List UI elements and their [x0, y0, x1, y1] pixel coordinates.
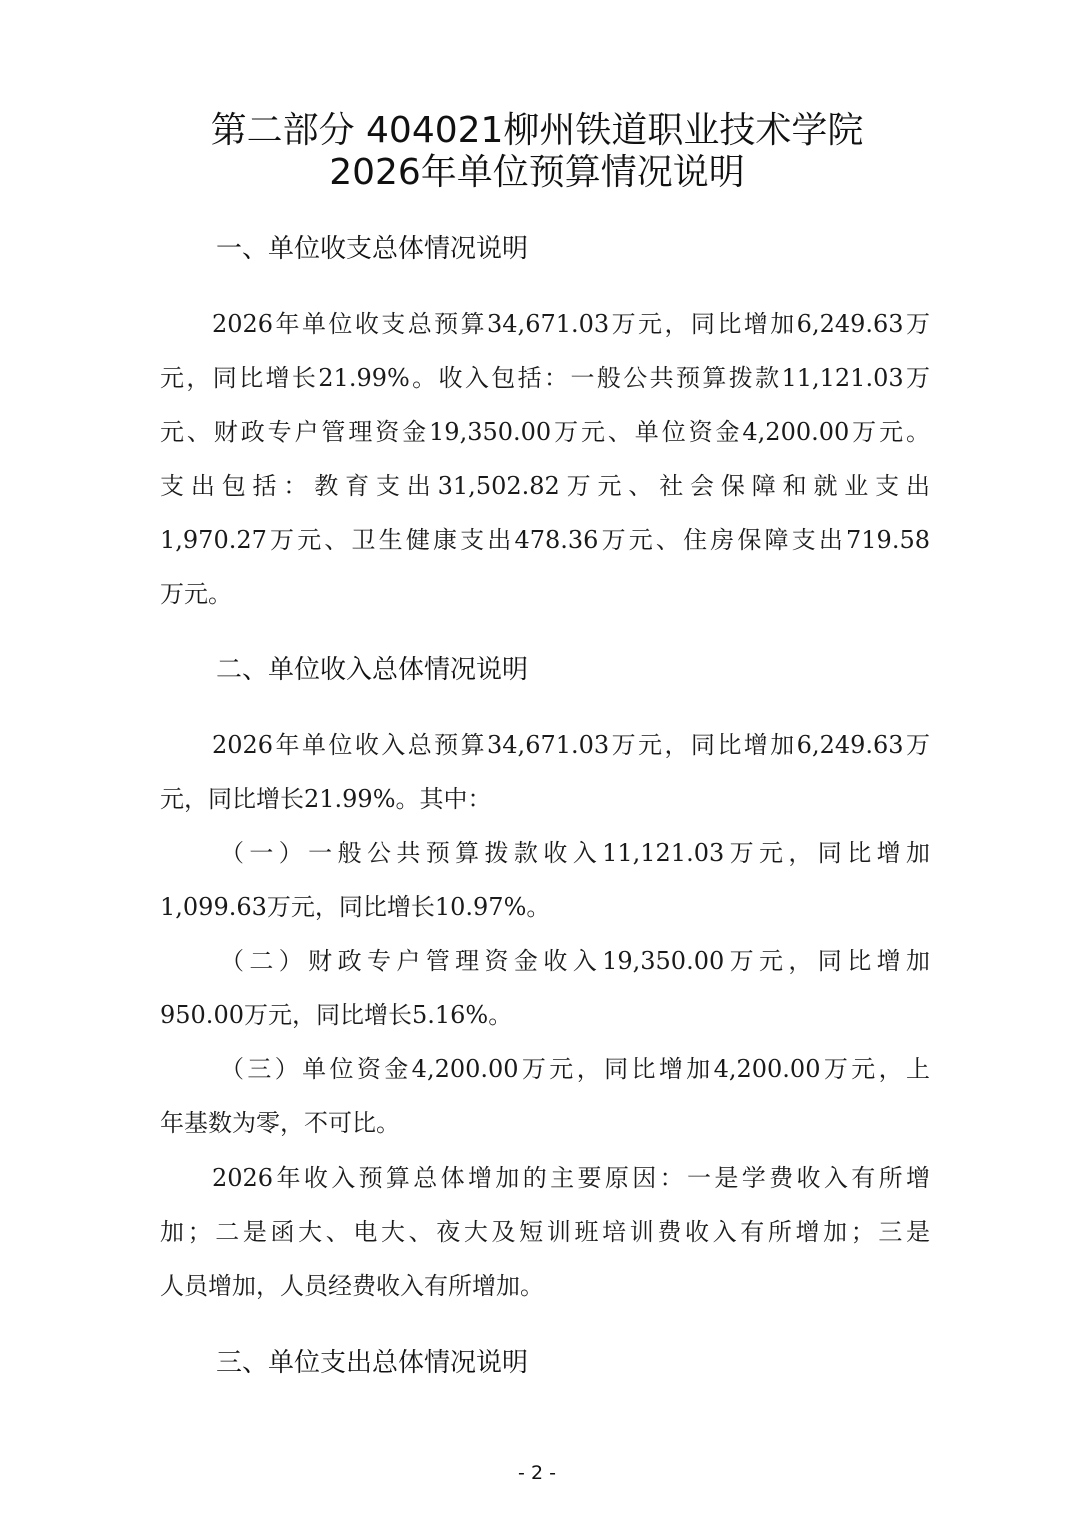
text-line: （一）一般公共预算拨款收入11,121.03万元，同比增加 — [220, 835, 930, 871]
text-line: 万元。 — [160, 576, 232, 612]
section-heading-3: 三、单位支出总体情况说明 — [216, 1346, 528, 1380]
text-line: 年基数为零，不可比。 — [160, 1105, 400, 1141]
text-line: （二）财政专户管理资金收入19,350.00万元，同比增加 — [220, 943, 930, 979]
text-line: 2026年收入预算总体增加的主要原因：一是学费收入有所增 — [212, 1160, 930, 1196]
text-line: 2026年单位收入总预算34,671.03万元，同比增加6,249.63万 — [212, 727, 930, 763]
section-heading-2: 二、单位收入总体情况说明 — [216, 653, 528, 687]
text-line: 1,970.27万元、卫生健康支出478.36万元、住房保障支出719.58 — [160, 522, 930, 558]
section-heading-1: 一、单位收支总体情况说明 — [216, 232, 528, 266]
text-line: 元，同比增长21.99%。其中： — [160, 781, 492, 817]
text-line: 元，同比增长21.99%。收入包括：一般公共预算拨款11,121.03万 — [160, 360, 930, 396]
text-line: 人员增加，人员经费收入有所增加。 — [160, 1268, 544, 1304]
text-line: （三）单位资金4,200.00万元，同比增加4,200.00万元，上 — [220, 1051, 930, 1087]
text-line: 950.00万元，同比增长5.16%。 — [160, 997, 512, 1033]
text-line: 元、财政专户管理资金19,350.00万元、单位资金4,200.00万元。 — [160, 414, 930, 450]
text-line: 1,099.63万元，同比增长10.97%。 — [160, 889, 550, 925]
text-line: 2026年单位收支总预算34,671.03万元，同比增加6,249.63万 — [212, 306, 930, 342]
text-line: 加；二是函大、电大、夜大及短训班培训费收入有所增加；三是 — [160, 1214, 930, 1250]
document-page: 第二部分 404021柳州铁道职业技术学院 2026年单位预算情况说明 一、单位… — [0, 0, 1074, 1520]
document-title-line-1: 第二部分 404021柳州铁道职业技术学院 — [0, 108, 1074, 154]
page-number: - 2 - — [0, 1462, 1074, 1484]
document-title-line-2: 2026年单位预算情况说明 — [0, 150, 1074, 196]
text-line: 支出包括：教育支出31,502.82万元、社会保障和就业支出 — [160, 468, 930, 504]
